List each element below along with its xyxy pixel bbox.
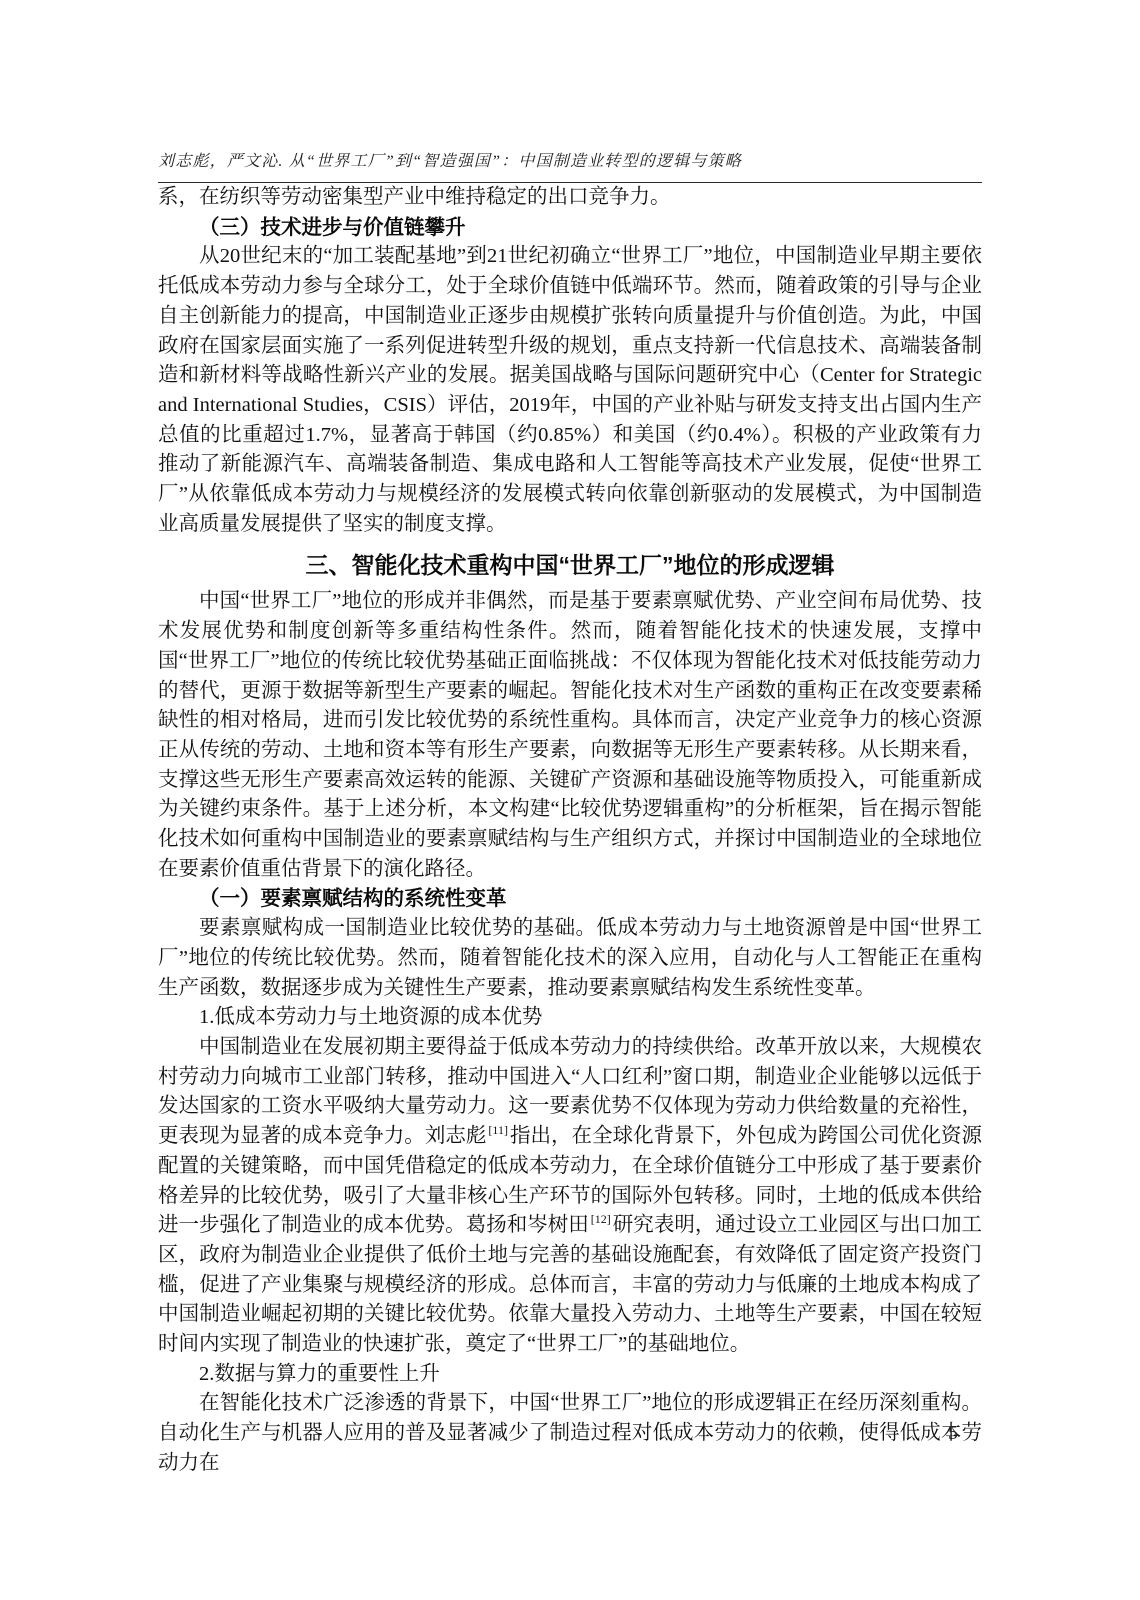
paragraph-continuation: 系，在纺织等劳动密集型产业中维持稳定的出口竞争力。: [158, 183, 982, 213]
paragraph-labor-land: 中国制造业在发展初期主要得益于低成本劳动力的持续供给。改革开放以来，大规模农村劳…: [158, 1033, 982, 1360]
item-heading-data-compute: 2.数据与算力的重要性上升: [158, 1360, 982, 1390]
subsection-heading-tech-progress: （三）技术进步与价值链攀升: [158, 213, 982, 243]
citation-ref-12: [12]: [591, 1212, 611, 1226]
paragraph-tech-progress: 从20世纪末的“加工装配基地”到21世纪初确立“世界工厂”地位，中国制造业早期主…: [158, 242, 982, 539]
page-number: 5: [158, 1422, 958, 1445]
paper-page: 刘志彪，严文沁. 从“世界工厂”到“智造强国”：中国制造业转型的逻辑与策略 系，…: [0, 0, 1140, 1600]
citation-ref-11: [11]: [488, 1123, 508, 1137]
paragraph-section-intro: 中国“世界工厂”地位的形成并非偶然，而是基于要素禀赋优势、产业空间布局优势、技术…: [158, 587, 982, 884]
subsection-heading-endowment: （一）要素禀赋结构的系统性变革: [158, 884, 982, 914]
paragraph-endowment: 要素禀赋构成一国制造业比较优势的基础。低成本劳动力与土地资源曾是中国“世界工厂”…: [158, 914, 982, 1003]
item-heading-labor-cost: 1.低成本劳动力与土地资源的成本优势: [158, 1003, 982, 1033]
section-heading-three: 三、智能化技术重构中国“世界工厂”地位的形成逻辑: [158, 548, 982, 582]
running-header-text: 刘志彪，严文沁. 从“世界工厂”到“智造强国”：中国制造业转型的逻辑与策略: [158, 153, 742, 170]
running-header: 刘志彪，严文沁. 从“世界工厂”到“智造强国”：中国制造业转型的逻辑与策略: [158, 148, 982, 183]
page-content: 系，在纺织等劳动密集型产业中维持稳定的出口竞争力。 （三）技术进步与价值链攀升 …: [158, 183, 982, 1479]
